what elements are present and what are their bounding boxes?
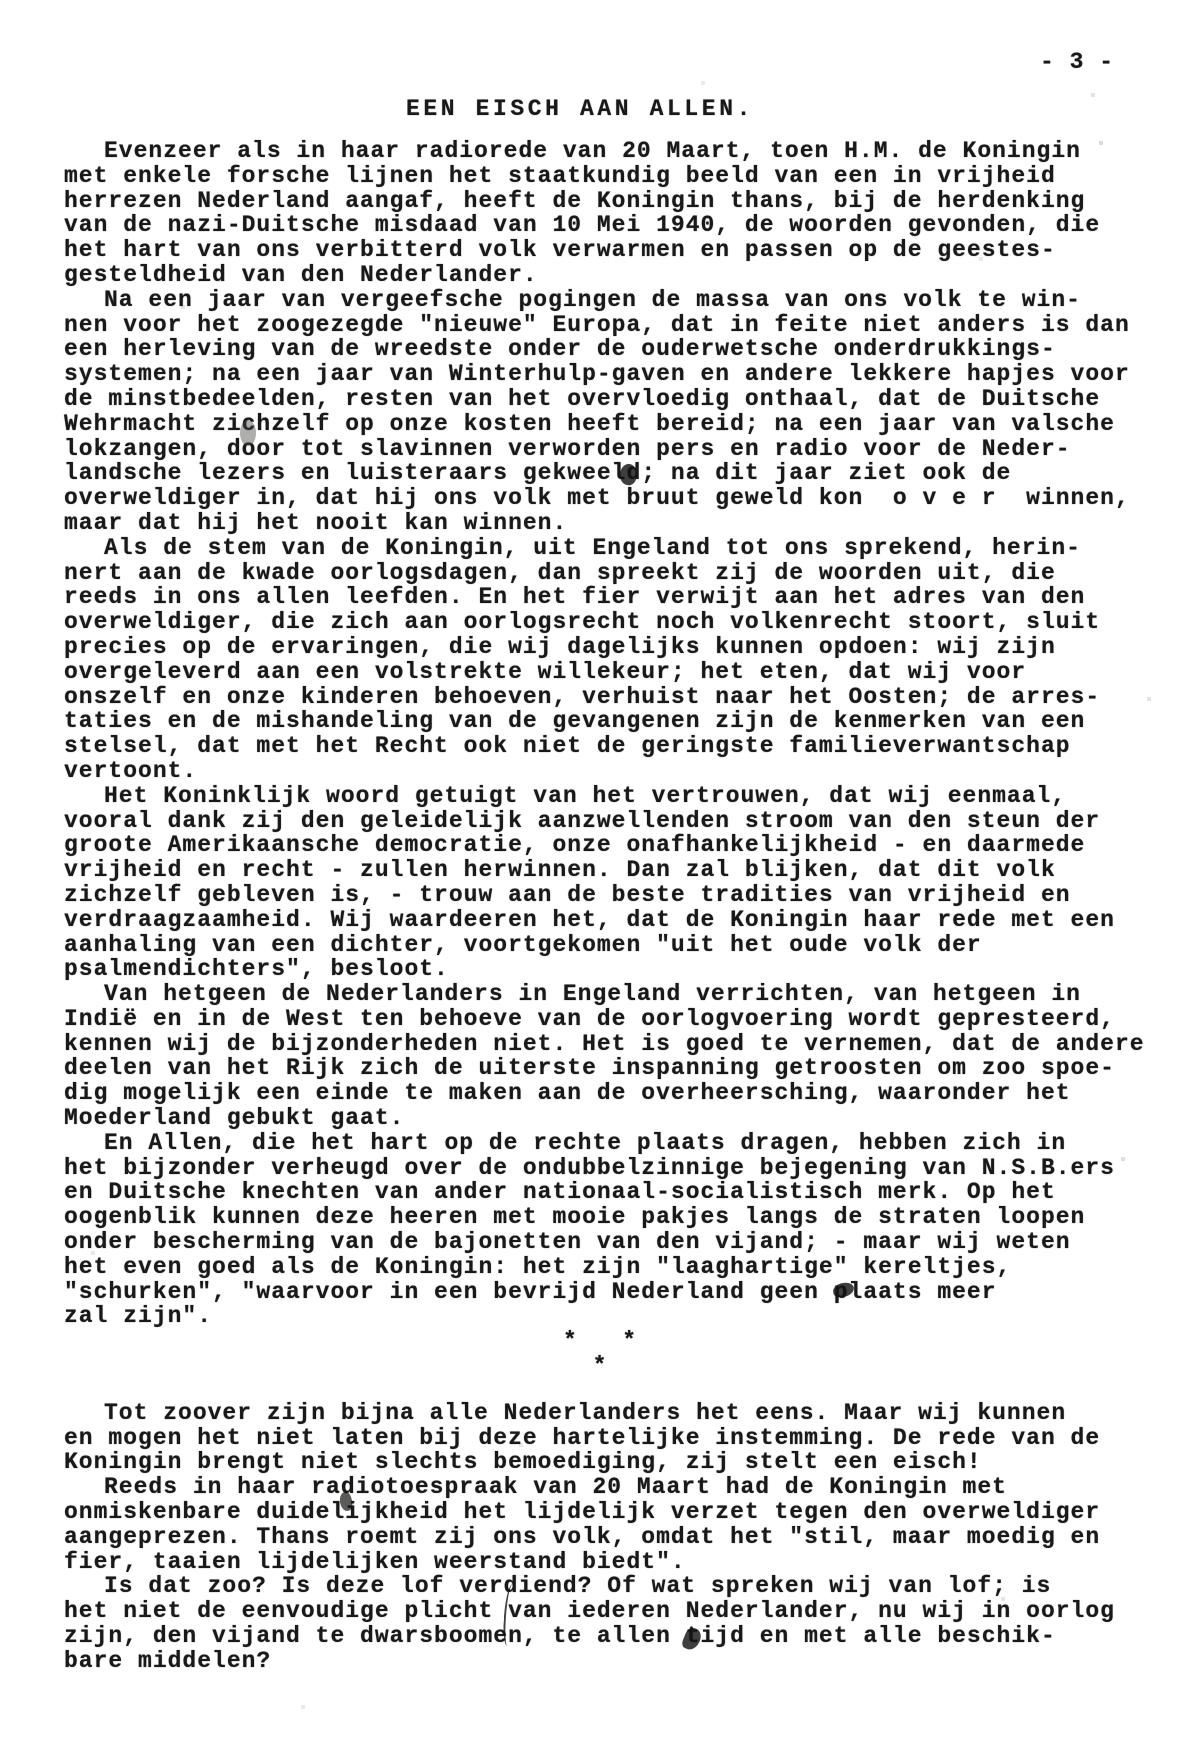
paragraph-6: En Allen, die het hart op de rechte plaa…: [64, 1131, 1168, 1329]
document-body: Evenzeer als in haar radiorede van 20 Ma…: [64, 139, 1168, 1674]
ink-smudge: [240, 420, 256, 446]
scan-noise-speckles: [0, 0, 2, 2]
scanned-document-page: - 3 - EEN EISCH AAN ALLEN. Evenzeer als …: [0, 0, 1200, 1760]
document-title: EEN EISCH AAN ALLEN.: [0, 97, 1160, 122]
paragraph-8: Reeds in haar radiotoespraak van 20 Maar…: [64, 1475, 1168, 1574]
section-divider: * * *: [64, 1329, 1136, 1379]
paragraph-3: Als de stem van de Koningin, uit Engelan…: [64, 536, 1168, 784]
page-number: - 3 -: [1040, 50, 1114, 75]
paragraph-7: Tot zoover zijn bijna alle Nederlanders …: [64, 1401, 1168, 1475]
paragraph-5: Van hetgeen de Nederlanders in Engeland …: [64, 982, 1168, 1131]
divider-asterisk-pair: * *: [64, 1329, 1136, 1354]
paragraph-9: Is dat zoo? Is deze lof verdiend? Of wat…: [64, 1574, 1168, 1673]
paragraph-4: Het Koninklijk woord getuigt van het ver…: [64, 784, 1168, 982]
divider-asterisk-single: *: [64, 1354, 1136, 1379]
paragraph-1: Evenzeer als in haar radiorede van 20 Ma…: [64, 139, 1168, 288]
paragraph-2: Na een jaar van vergeefsche pogingen de …: [64, 288, 1168, 536]
